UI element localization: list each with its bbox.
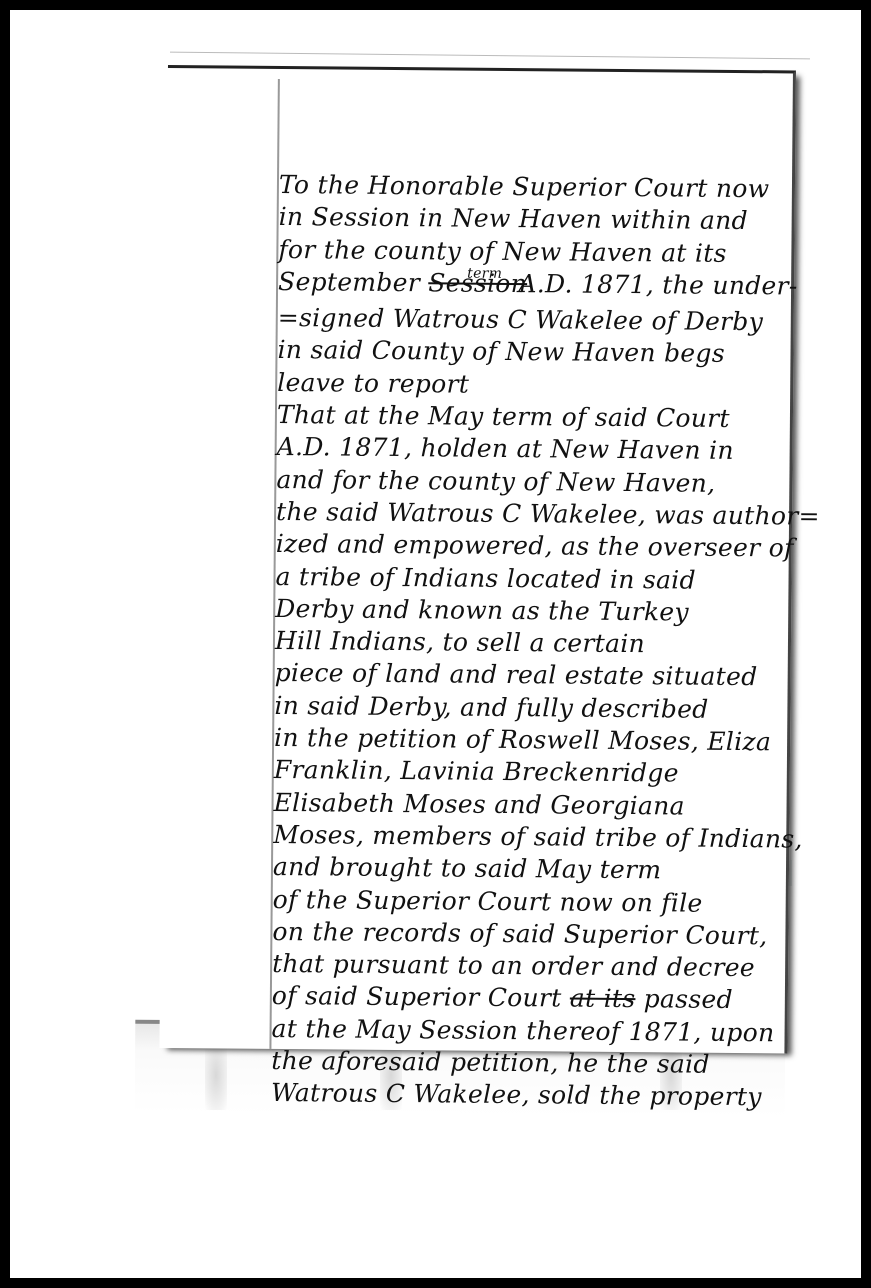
text-line: Franklin, Lavinia Breckenridge <box>274 754 774 791</box>
text-line: a tribe of Indians located in said <box>275 561 775 598</box>
text-line: =signed Watrous C Wakelee of Derby <box>278 302 778 339</box>
text-line: that pursuant to an order and decree <box>272 948 772 985</box>
text-line: Moses, members of said tribe of Indians, <box>273 819 773 856</box>
document-sheet: To the Honorable Superior Court now in S… <box>159 65 796 1053</box>
text-line: and for the county of New Haven, <box>276 464 776 501</box>
text-line: in Session in New Haven within and <box>279 201 779 238</box>
text-line: of the Superior Court now on file <box>273 883 773 920</box>
text-fragment: passed <box>635 985 733 1015</box>
text-line: ized and empowered, as the overseer of <box>276 528 776 565</box>
text-fragment: September <box>278 267 428 297</box>
text-line: To the Honorable Superior Court now <box>279 169 779 206</box>
text-line: Watrous C Wakelee, sold the property <box>271 1077 771 1114</box>
handwritten-text: To the Honorable Superior Court now in S… <box>271 169 779 1114</box>
inserted-word: term <box>467 266 502 282</box>
text-line: and brought to said May term <box>273 851 773 888</box>
text-line: for the county of New Haven at its <box>278 234 778 271</box>
text-line: the aforesaid petition, he the said <box>271 1045 771 1082</box>
text-line: Elisabeth Moses and Georgiana <box>273 787 773 824</box>
text-line: in said Derby, and fully described <box>274 690 774 727</box>
text-line-with-correction: of said Superior Court at its passed <box>272 980 772 1017</box>
text-line: piece of land and real estate situated <box>275 657 775 694</box>
text-line: in the petition of Roswell Moses, Eliza <box>274 722 774 759</box>
text-fragment: A.D. 1871, the under- <box>510 269 798 301</box>
text-line: at the May Session thereof 1871, upon <box>271 1013 771 1050</box>
text-line: A.D. 1871, holden at New Haven in <box>277 431 777 468</box>
scanned-page: V To the Honorable Superior Court now in… <box>10 10 861 1278</box>
text-line: leave to report <box>277 367 777 404</box>
text-line: the said Watrous C Wakelee, was author= <box>276 496 776 533</box>
text-line: That at the May term of said Court <box>277 399 777 436</box>
text-fragment: of said Superior Court <box>272 981 570 1013</box>
text-line: on the records of said Superior Court, <box>272 916 772 953</box>
struck-word: at its <box>570 984 636 1014</box>
text-line-with-correction: September Sessionterm A.D. 1871, the und… <box>278 266 778 307</box>
text-line: Derby and known as the Turkey <box>275 593 775 630</box>
text-line: Hill Indians, to sell a certain <box>275 625 775 662</box>
text-line: in said County of New Haven begs <box>277 334 777 371</box>
scan-smudge <box>205 1040 227 1110</box>
back-sheet-edge <box>170 52 810 60</box>
